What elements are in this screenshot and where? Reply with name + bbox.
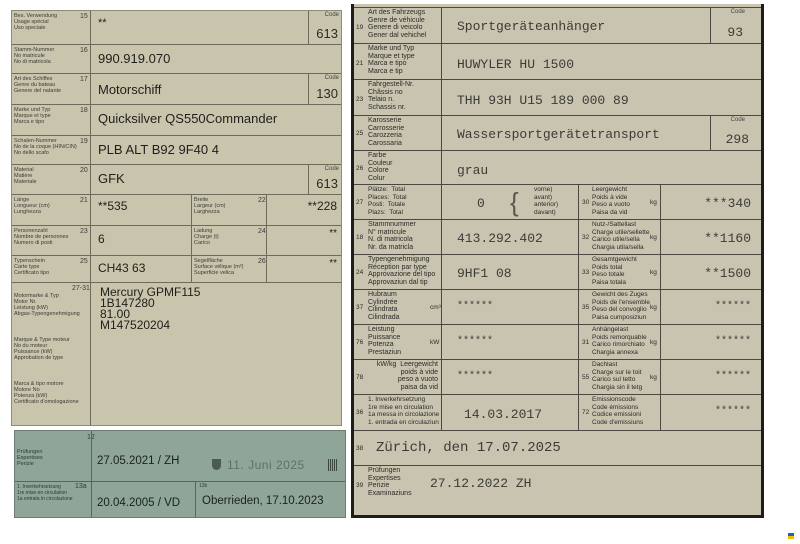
field-label: Nutz-/Sattellast Charge utile/sellette C…	[592, 221, 649, 251]
train-weight-value: ******	[715, 301, 751, 312]
field-label: Schalen-Nummer No de la coque (HIN/CIN) …	[14, 138, 77, 156]
field-label: Breite Largeur (cm) Larghezza	[194, 197, 225, 215]
matricule-value: 413.292.402	[457, 231, 543, 246]
field-number: 38	[356, 445, 363, 452]
code-box: Code 613	[308, 11, 341, 44]
field-label: Emissionscode Code émissions Codice emis…	[592, 396, 643, 426]
unit-label: kg	[650, 374, 657, 381]
row-displacement-train-weight: 37 Hubraum Cylindrée Cilindrata Cilindra…	[354, 290, 761, 325]
type-certificate-value: CH43 63	[98, 261, 145, 275]
field-number: 23	[80, 228, 88, 235]
width-value: **228	[308, 199, 337, 213]
field-number: 78	[356, 374, 363, 381]
field-label: Typengenehmigung Réception par type Appr…	[368, 256, 435, 286]
examination-date-value: 27.12.2022 ZH	[430, 476, 531, 491]
field-number: 21	[356, 60, 363, 67]
field-number: 13b	[199, 483, 207, 489]
field-number: 23	[356, 96, 363, 103]
field-label: Segelfläche Surface vélique (m²) Superfi…	[194, 258, 244, 276]
row-registration-number: Stamm-Nummer No matricule No di matricol…	[12, 45, 341, 74]
field-label: Marke und Typ Marque et type Marca e tip…	[14, 107, 51, 125]
type-approval-value: 9HF1 08	[457, 266, 512, 281]
row-boat-type: Art des Schiffes Genre du bateau Genere …	[12, 74, 341, 105]
brace-icon: {	[510, 189, 519, 215]
unit-label: kW	[430, 339, 439, 346]
field-number: 39	[356, 482, 363, 489]
field-label: Dachlast Charge sur le toit Carico sul t…	[592, 361, 642, 391]
row-first-registration: 13a 1. Inverkehrsetzung 1re mise en circ…	[15, 481, 345, 517]
first-registration-value: 14.03.2017	[464, 407, 542, 422]
row-first-registration-emissions: 36 1. Inverkehrsetzung 1re mise en circu…	[354, 395, 761, 431]
field-number: 22	[258, 197, 266, 204]
field-label: Prüfungen Expertises Perizie Examinaziun…	[368, 467, 412, 497]
row-matricule-payload: 18 Stammnummer N° matricule N. di matric…	[354, 220, 761, 255]
field-number: 18	[80, 107, 88, 114]
field-label: Material Matière Materiale	[14, 167, 37, 185]
field-label: 1. Inverkehrsetzung 1re mise en circulat…	[368, 396, 439, 426]
persons-value: 6	[98, 232, 105, 246]
seats-total-value: 0	[477, 196, 485, 211]
chassis-number-value: THH 93H U15 189 000 89	[457, 93, 629, 108]
field-number: 76	[356, 339, 363, 346]
row-make-type: 21 Marke und Typ Marque et type Marca e …	[354, 44, 761, 80]
row-material: Material Matière Materiale 20 GFK Code 6…	[12, 165, 341, 195]
row-type-cert-sail: Typenschein Carte type Certificato tipo …	[12, 256, 341, 283]
field-label: vorne) avant) anterior) davant)	[534, 186, 558, 216]
code-box: Code 130	[308, 74, 341, 104]
vehicle-type-value: Sportgeräteanhänger	[457, 19, 605, 34]
boat-type-value: Motorschiff	[98, 82, 161, 97]
field-number: 26	[356, 165, 363, 172]
field-label: Stamm-Nummer No matricule No di matricol…	[14, 47, 54, 65]
unit-label: kg	[650, 304, 657, 311]
unit-label: kg	[650, 199, 657, 206]
field-number: 33	[582, 269, 589, 276]
row-engine: 27-31 Motormarke & Typ Motor Nr. Leistun…	[12, 283, 341, 426]
load-value: **	[329, 228, 337, 239]
field-number: 32	[582, 234, 589, 241]
field-label: Typenschein Carte type Certificato tipo	[14, 258, 49, 276]
unit-label: kg	[650, 269, 657, 276]
power-value: ******	[457, 336, 493, 347]
field-label: Hubraum Cylindrée Cilindrata Cilindrada	[368, 291, 400, 321]
body-value: Wassersportgerätetransport	[457, 127, 660, 142]
field-number: 15	[80, 13, 88, 20]
field-label: 1. Inverkehrsetzung 1re mise en circulat…	[17, 484, 73, 502]
field-number: 72	[582, 409, 589, 416]
field-number: 18	[356, 234, 363, 241]
field-number: 37	[356, 304, 363, 311]
field-number: 20	[80, 167, 88, 174]
row-place-date: 38 Zürich, den 17.07.2025	[354, 431, 761, 466]
field-number: 21	[80, 197, 88, 204]
field-number: 25	[80, 258, 88, 265]
row-vehicle-type: 19 Art des Fahrzeugs Genre de véhicule G…	[354, 8, 761, 44]
field-label: Bes. Verwendung Usage spécial Uso specia…	[14, 13, 57, 31]
field-label: Personenzahl Nombre de personnes Numero …	[14, 228, 68, 246]
field-number: 24	[258, 228, 266, 235]
length-value: **535	[98, 199, 127, 213]
field-label: Fahrgestell-Nr. Châssis no Telaio n. Sch…	[368, 81, 414, 111]
field-label: Farbe Couleur Colore Colur	[368, 152, 393, 182]
field-label: Marke und Typ Marque et type Marca e tip…	[368, 45, 415, 75]
inspection-date-value: 27.05.2021 / ZH	[97, 455, 179, 467]
field-label: Karosserie Carrosserie Carozzeria Caross…	[368, 117, 404, 147]
field-label: Anhängelast Poids remorquable Carico rim…	[592, 326, 647, 356]
field-number: 55	[582, 374, 589, 381]
emission-approval-value: M147520204	[100, 320, 170, 331]
field-number: 19	[356, 24, 363, 31]
material-value: GFK	[98, 171, 125, 186]
color-value: grau	[457, 163, 488, 178]
place-date-value: Zürich, den 17.07.2025	[376, 440, 561, 456]
field-number: 16	[80, 47, 88, 54]
trailer-registration-document: 19 Art des Fahrzeugs Genre de véhicule G…	[351, 4, 764, 518]
row-length-width: Länge Longueur (cm) Lunghezza 21 **535 B…	[12, 195, 341, 226]
unit-label: kg	[650, 234, 657, 241]
inspection-document: 12 Prüfungen Expertises Perizie 27.05.20…	[14, 430, 346, 518]
field-number: 25	[356, 130, 363, 137]
towing-load-value: ******	[715, 336, 751, 347]
power-weight-ratio-value: ******	[457, 371, 493, 382]
field-label: Art des Schiffes Genre du bateau Genere …	[14, 76, 61, 94]
payload-value: **1160	[704, 231, 751, 246]
field-label: Leistung Puissance Potenza Prestaziun	[368, 326, 401, 356]
canton-shield-icon	[212, 459, 221, 470]
row-power-weight-roof-load: 78 kW/kg Leergewicht poids à vide peso a…	[354, 360, 761, 395]
roof-load-value: ******	[715, 371, 751, 382]
row-power-towing-load: 76 Leistung Puissance Potenza Prestaziun…	[354, 325, 761, 360]
field-number: 36	[356, 409, 363, 416]
row-persons-load: Personenzahl Nombre de personnes Numero …	[12, 226, 341, 256]
field-label: Stammnummer N° matricule N. di matricola…	[368, 221, 416, 251]
row-type-approval-total-weight: 24 Typengenehmigung Réception par type A…	[354, 255, 761, 290]
field-label: Prüfungen Expertises Perizie	[17, 449, 43, 467]
inspection-stamp: 11. Juni 2025	[227, 458, 305, 472]
field-number: 13a	[75, 483, 87, 490]
field-number: 27-31	[72, 285, 90, 292]
field-label: Art des Fahrzeugs Genre de véhicule Gene…	[368, 9, 426, 39]
field-label: Ladung Charge (t) Carico	[194, 228, 219, 246]
code-box: Code 93	[710, 8, 761, 43]
corner-badge-icon	[788, 533, 794, 539]
code-box: Code 613	[308, 165, 341, 194]
displacement-value: ******	[457, 301, 493, 312]
boat-registration-document: Bes. Verwendung Usage spécial Uso specia…	[11, 10, 342, 426]
field-number: 27	[356, 199, 363, 206]
field-number: 26	[258, 258, 266, 265]
make-model-value: Quicksilver QS550Commander	[98, 111, 277, 126]
row-make-model: Marke und Typ Marque et type Marca e tip…	[12, 105, 341, 136]
registration-number-value: 990.919.070	[98, 51, 170, 66]
place-date-value: Oberrieden, 17.10.2023	[202, 495, 323, 507]
code-box: Code 298	[710, 116, 761, 150]
field-label-de: Motormarke & Typ Motor Nr. Leistung (kW)…	[14, 293, 80, 317]
field-label-fr: Marque & Type moteur No du moteur Puissa…	[14, 337, 70, 361]
row-color: 26 Farbe Couleur Colore Colur grau	[354, 151, 761, 185]
field-number: 30	[582, 199, 589, 206]
field-label: Leergewicht Poids à vide Peso a vuoto Pa…	[592, 186, 630, 216]
row-chassis-number: 23 Fahrgestell-Nr. Châssis no Telaio n. …	[354, 80, 761, 116]
field-label: Plätze: Total Places: Total Posti: Total…	[368, 186, 407, 216]
make-type-value: HUWYLER HU 1500	[457, 57, 574, 72]
total-weight-value: **1500	[704, 266, 751, 281]
barcode-stamp-icon	[328, 459, 338, 471]
field-number: 31	[582, 339, 589, 346]
unit-label: kg	[650, 339, 657, 346]
hull-number-value: PLB ALT B92 9F40 4	[98, 142, 219, 157]
row-inspections: 12 Prüfungen Expertises Perizie 27.05.20…	[15, 431, 345, 482]
field-number: 35	[582, 304, 589, 311]
field-number: 19	[80, 138, 88, 145]
field-number: 17	[80, 76, 88, 83]
empty-weight-value: ***340	[704, 196, 751, 211]
row-examinations: 39 Prüfungen Expertises Perizie Examinaz…	[354, 466, 761, 518]
field-label: Gesamtgewicht Poids total Peso totale Pa…	[592, 256, 637, 286]
field-label: Gewicht des Zuges Poids de l'ensemble Pe…	[592, 291, 650, 321]
sail-area-value: **	[329, 258, 337, 269]
first-registration-value: 20.04.2005 / VD	[97, 497, 180, 509]
row-seats-empty-weight: 27 Plätze: Total Places: Total Posti: To…	[354, 185, 761, 220]
field-label: Länge Longueur (cm) Lunghezza	[14, 197, 50, 215]
unit-label: cm³	[430, 304, 441, 311]
field-label-it: Marca & tipo motore Motore No Potenza (k…	[14, 381, 79, 405]
emission-code-value: ******	[715, 406, 751, 417]
row-body: 25 Karosserie Carrosserie Carozzeria Car…	[354, 116, 761, 151]
row-usage: Bes. Verwendung Usage spécial Uso specia…	[12, 11, 341, 45]
row-hull-number: Schalen-Nummer No de la coque (HIN/CIN) …	[12, 136, 341, 165]
usage-value: **	[98, 17, 107, 29]
field-label: kW/kg Leergewicht poids à vide peso a vu…	[364, 361, 438, 391]
field-number: 24	[356, 269, 363, 276]
